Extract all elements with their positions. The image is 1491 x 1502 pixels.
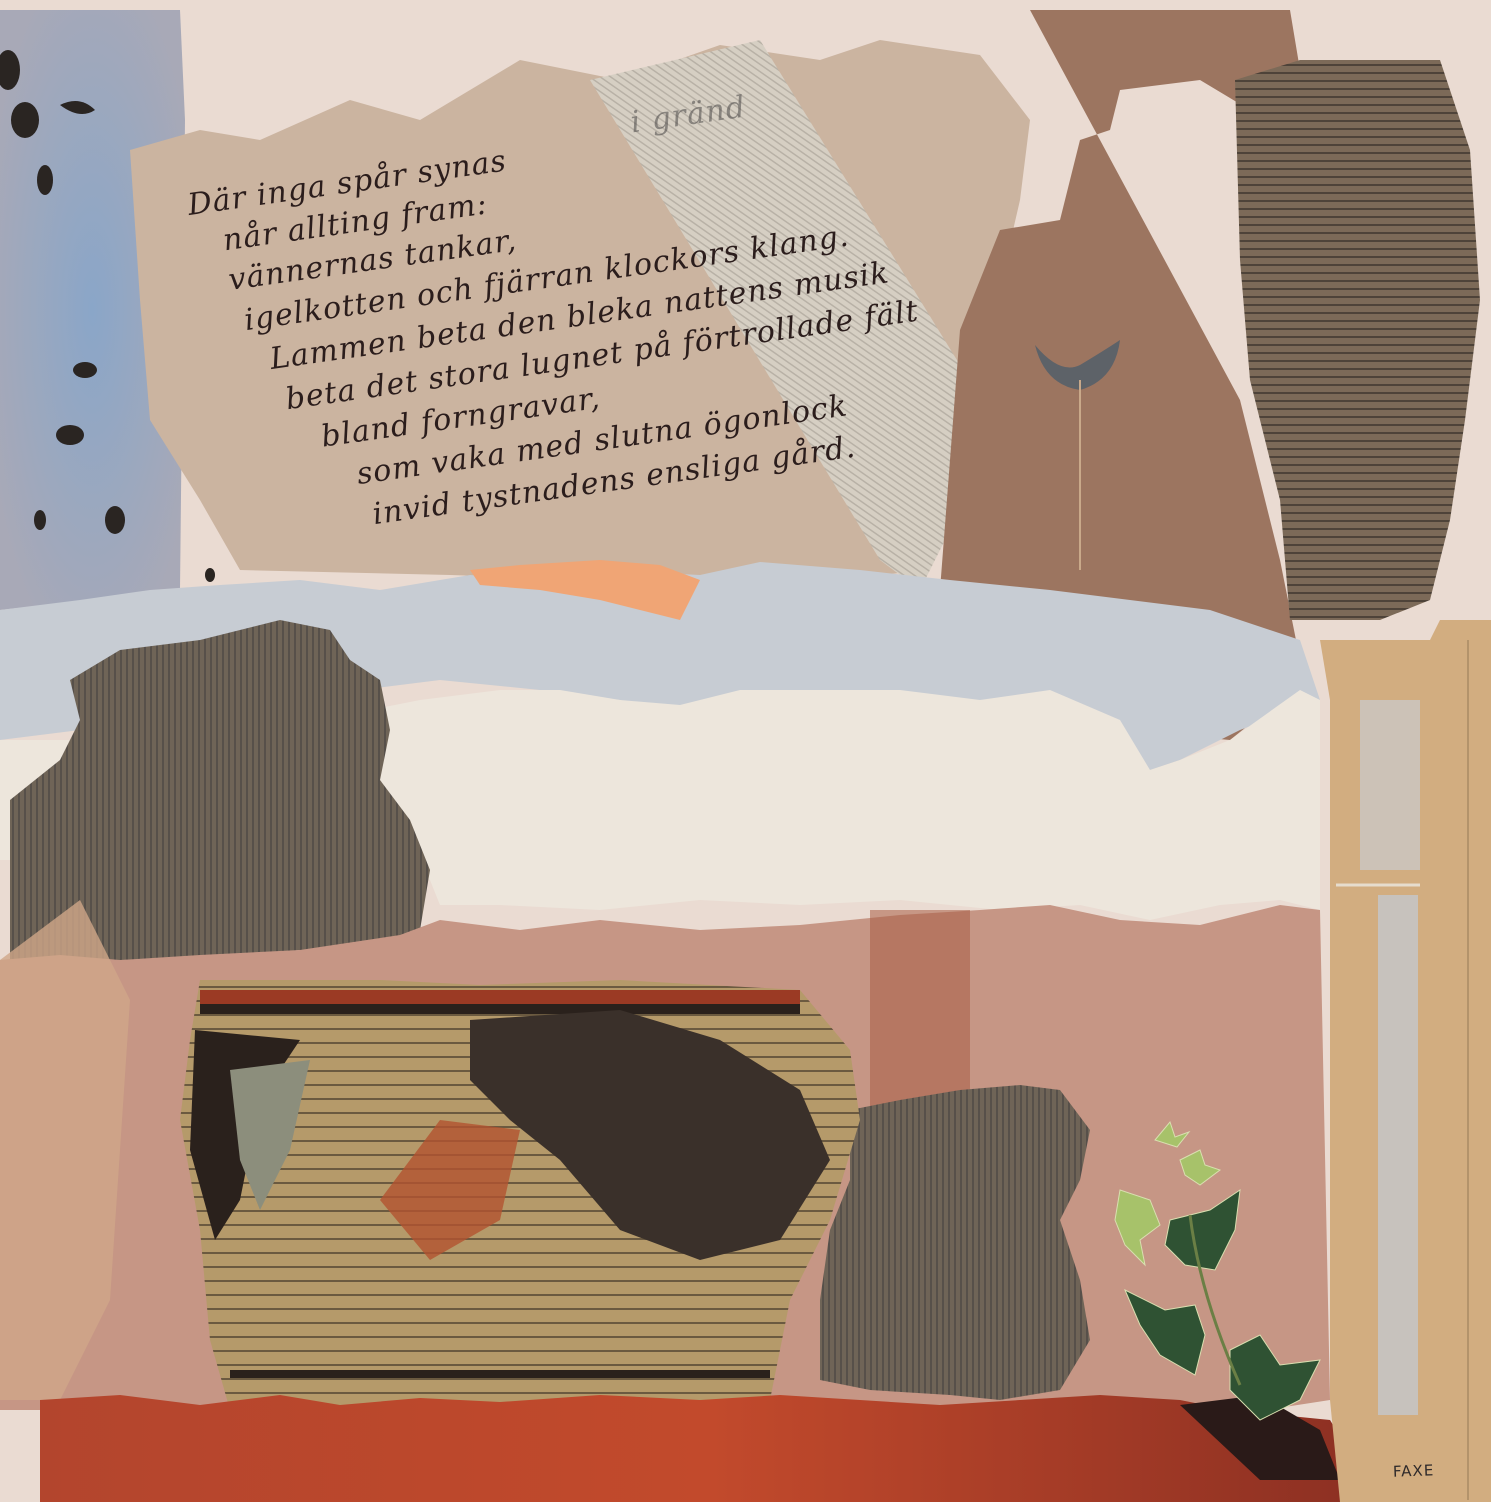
corrugated-small-shape [820, 1085, 1090, 1400]
artist-signature: FAXE [1393, 1461, 1435, 1480]
collage-artwork: Där inga spår synas når allting fram: vä… [0, 0, 1491, 1502]
red-rust-bottom-strip [40, 1395, 1380, 1502]
poem-hidden-fragment: i gränd [628, 90, 748, 141]
